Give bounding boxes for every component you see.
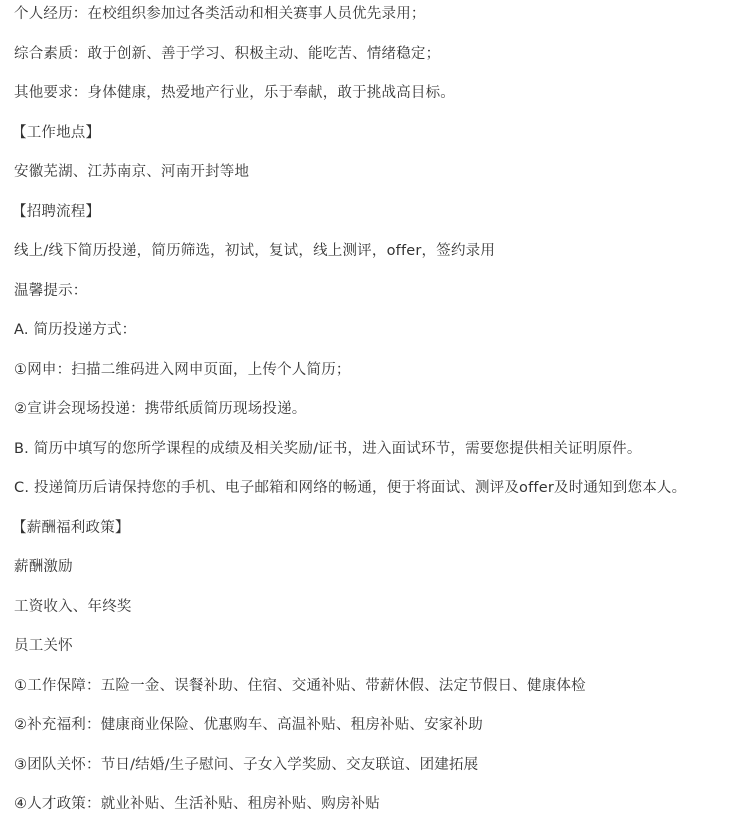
tip-a-onsite-apply: ②宣讲会现场投递：携带纸质简历现场投递。 — [14, 395, 741, 435]
tip-b-certificates: B. 简历中填写的您所学课程的成绩及相关奖励/证书，进入面试环节，需要您提供相关… — [14, 435, 741, 475]
benefit-team-care: ③团队关怀：节日/结婚/生子慰问、子女入学奖励、交友联谊、团建拓展 — [14, 751, 741, 791]
recruitment-process-text: 线上/线下简历投递，简历筛选，初试，复试，线上测评，offer，签约录用 — [14, 237, 741, 277]
tip-a-online-apply: ①网申：扫描二维码进入网申页面，上传个人简历； — [14, 356, 741, 396]
compensation-incentive-label: 薪酬激励 — [14, 553, 741, 593]
work-location-text: 安徽芜湖、江苏南京、河南开封等地 — [14, 158, 741, 198]
requirement-quality: 综合素质：敢于创新、善于学习、积极主动、能吃苦、情绪稳定； — [14, 40, 741, 80]
benefit-supplementary: ②补充福利：健康商业保险、优惠购车、高温补贴、租房补贴、安家补助 — [14, 711, 741, 751]
section-heading-work-location: 【工作地点】 — [12, 119, 741, 159]
tip-a-resume-methods: A. 简历投递方式： — [14, 316, 741, 356]
section-heading-recruitment-process: 【招聘流程】 — [12, 198, 741, 238]
section-heading-compensation: 【薪酬福利政策】 — [12, 514, 741, 554]
employee-care-label: 员工关怀 — [14, 632, 741, 672]
benefit-work-security: ①工作保障：五险一金、误餐补助、住宿、交通补贴、带薪休假、法定节假日、健康体检 — [14, 672, 741, 712]
tip-c-contact: C. 投递简历后请保持您的手机、电子邮箱和网络的畅通，便于将面试、测评及offe… — [14, 474, 741, 514]
benefit-talent-policy: ④人才政策：就业补贴、生活补贴、租房补贴、购房补贴 — [14, 790, 741, 825]
tips-label: 温馨提示： — [14, 277, 741, 317]
compensation-incentive-text: 工资收入、年终奖 — [14, 593, 741, 633]
requirement-experience: 个人经历：在校组织参加过各类活动和相关赛事人员优先录用； — [14, 0, 741, 40]
requirement-other: 其他要求：身体健康，热爱地产行业，乐于奉献，敢于挑战高目标。 — [14, 79, 741, 119]
article-body: 个人经历：在校组织参加过各类活动和相关赛事人员优先录用； 综合素质：敢于创新、善… — [14, 0, 741, 825]
